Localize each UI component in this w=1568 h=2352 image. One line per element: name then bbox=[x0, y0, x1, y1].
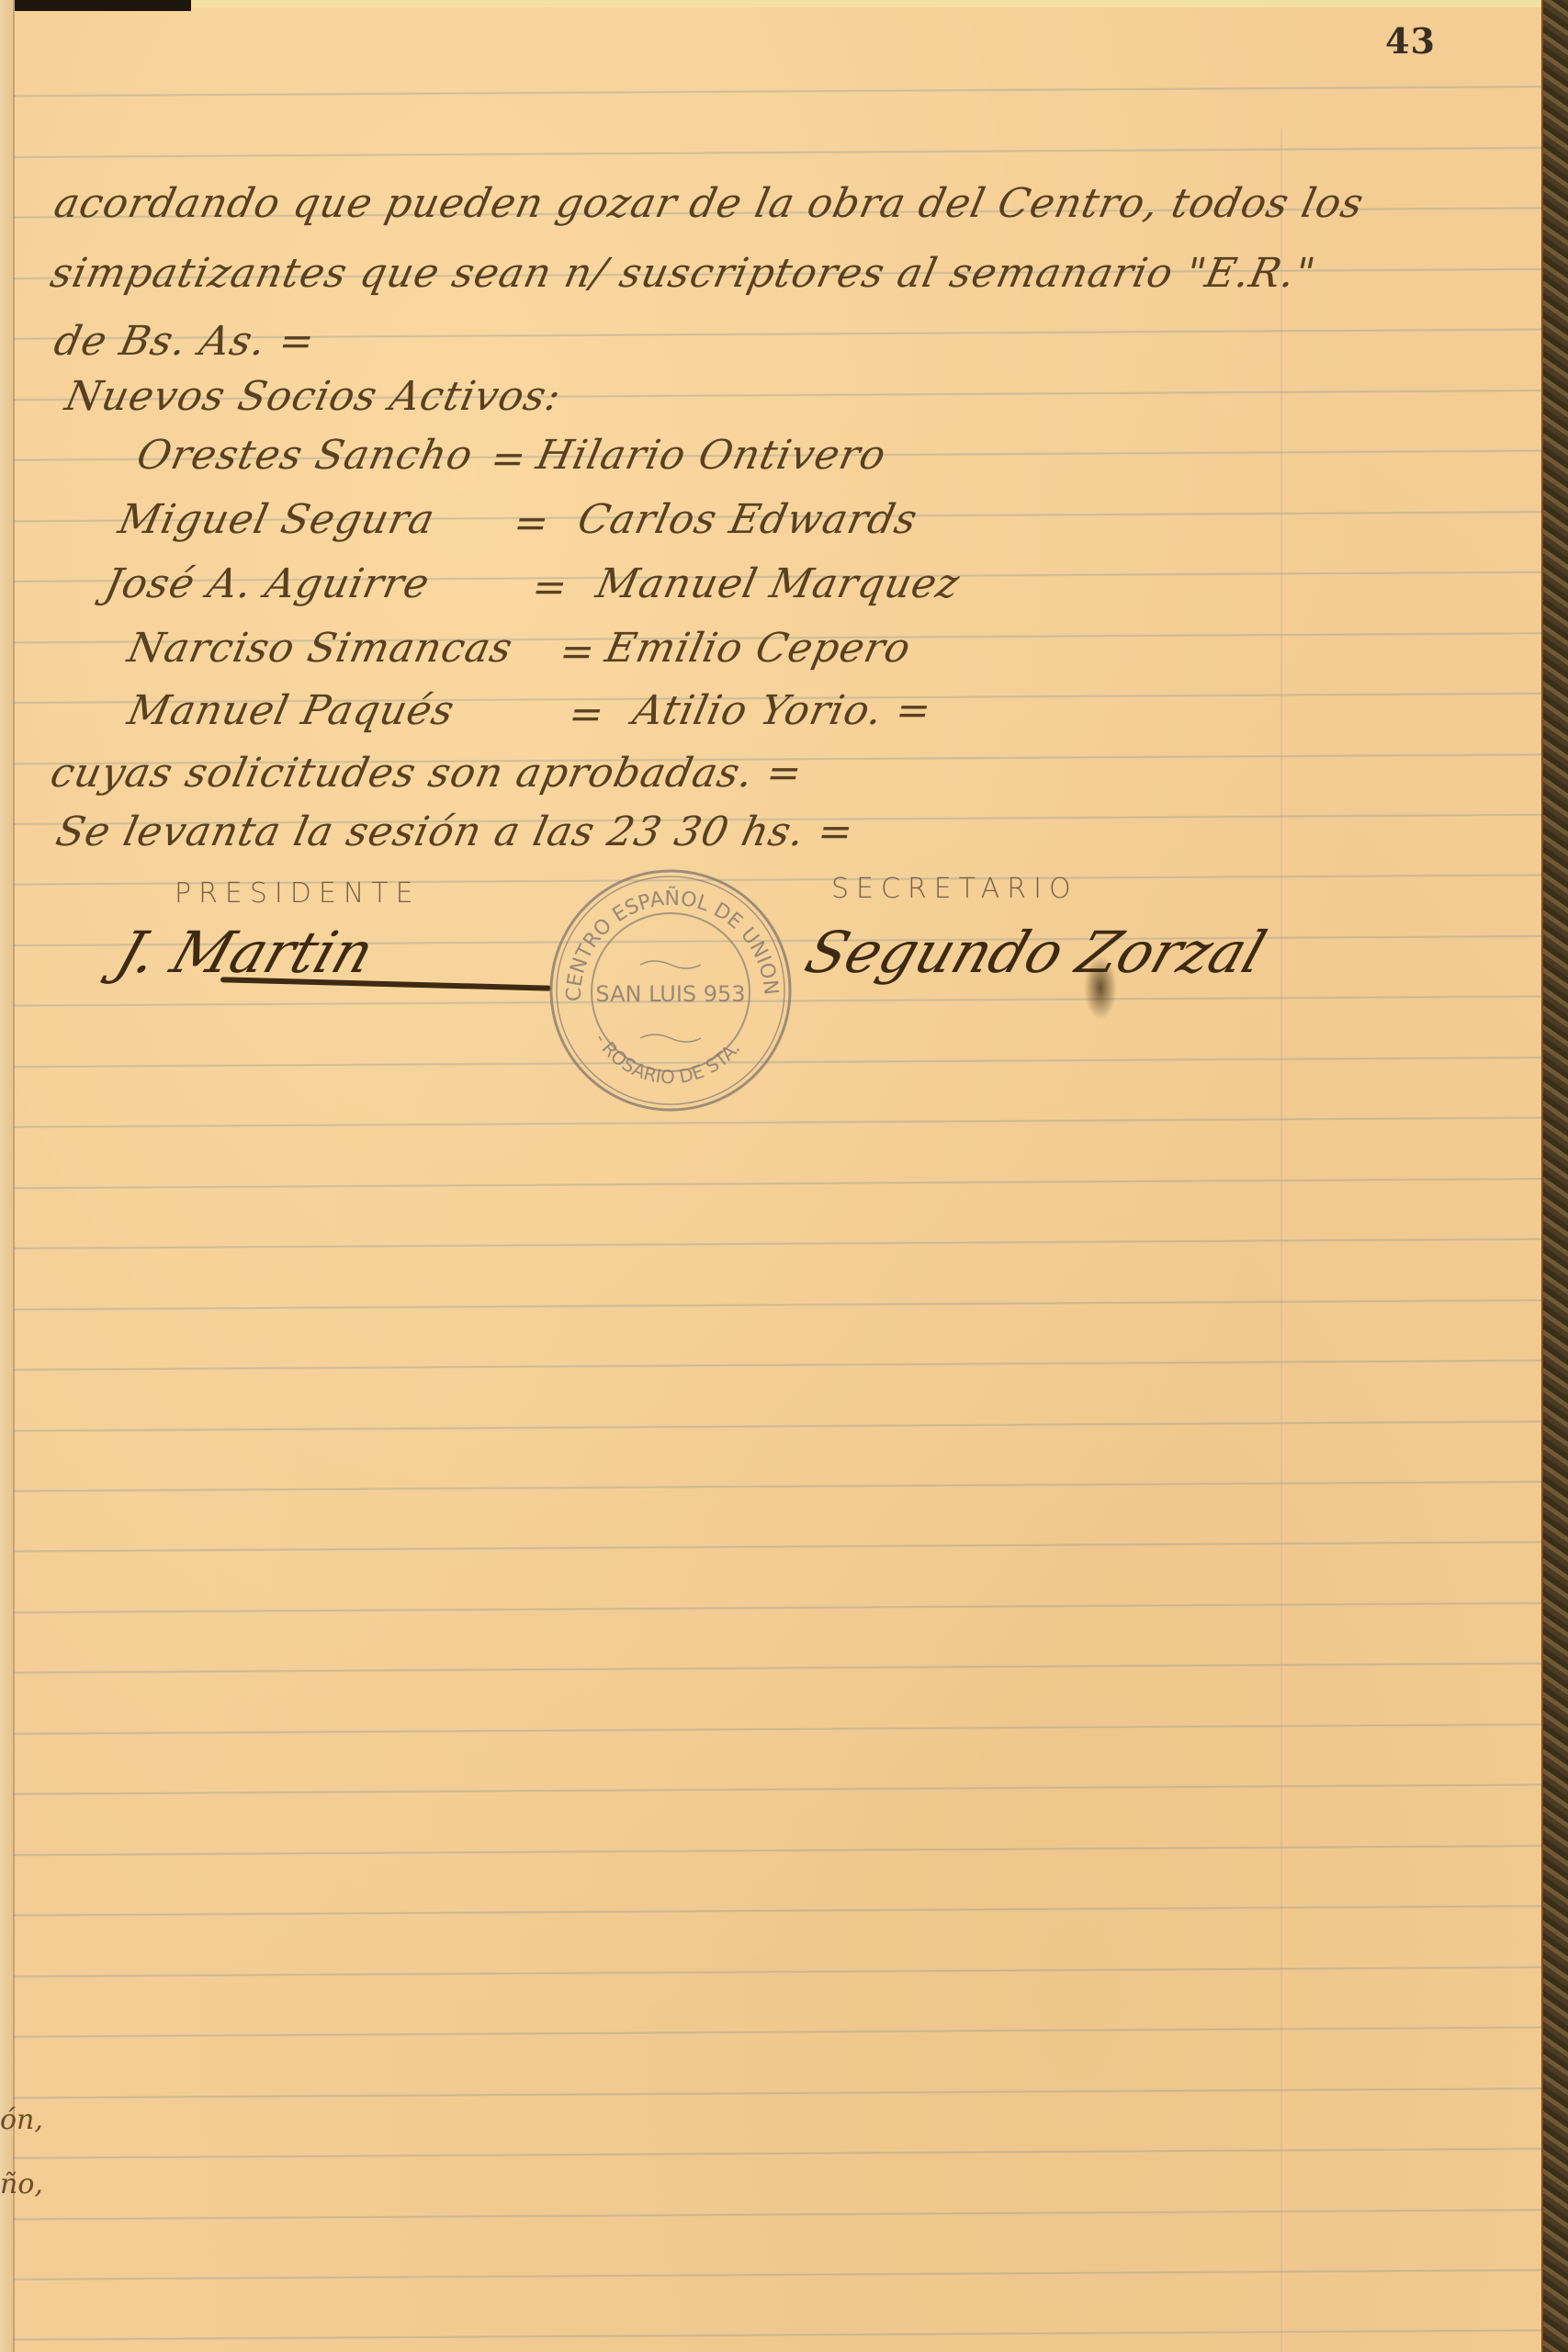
member-left-2: Miguel Segura bbox=[115, 496, 440, 543]
secretary-label: SECRETARIO bbox=[831, 873, 1078, 905]
secretary-signature: Segundo Zorzal bbox=[797, 919, 1274, 986]
svg-text:SAN LUIS 953: SAN LUIS 953 bbox=[595, 981, 745, 1007]
closing-line-2: Se levanta la sesión a las 23 30 hs. = bbox=[52, 808, 859, 855]
president-label: PRESIDENTE bbox=[175, 877, 421, 910]
member-left-3: José A. Aguirre bbox=[101, 560, 434, 607]
member-left-5: Manuel Paqués bbox=[124, 687, 459, 734]
body-line-1: acordando que pueden gozar de la obra de… bbox=[51, 180, 1369, 227]
ledger-page: 43 acordando que pueden gozar de la obra… bbox=[0, 0, 1543, 2352]
member-left-4: Narciso Simancas bbox=[124, 625, 517, 672]
member-left-1: Orestes Sancho bbox=[133, 432, 478, 479]
stamp-seal-icon: CENTRO ESPAÑOL DE UNION REPUBLICANA - RO… bbox=[544, 864, 797, 1117]
margin-line bbox=[1280, 129, 1282, 2352]
body-line-2: simpatizantes que sean n/ suscriptores a… bbox=[47, 250, 1320, 297]
member-right-2: Carlos Edwards bbox=[574, 496, 922, 543]
body-line-3: de Bs. As. = bbox=[51, 318, 320, 365]
ink-blot bbox=[1084, 955, 1117, 1020]
organization-stamp: CENTRO ESPAÑOL DE UNION REPUBLICANA - RO… bbox=[544, 864, 797, 1117]
left-page-fragment: ño, bbox=[0, 2168, 43, 2200]
member-right-1: Hilario Ontivero bbox=[533, 432, 891, 479]
member-right-4: Emilio Cepero bbox=[602, 625, 916, 672]
section-heading: Nuevos Socios Activos: bbox=[62, 373, 566, 420]
member-right-5: Atilio Yorio. = bbox=[629, 687, 937, 734]
left-page-fragment: ón, bbox=[0, 2104, 43, 2136]
book-cover-edge bbox=[1541, 0, 1568, 2352]
page-number: 43 bbox=[1385, 20, 1436, 62]
president-signature: J. Martin bbox=[108, 919, 382, 986]
member-right-3: Manuel Marquez bbox=[592, 560, 964, 607]
closing-line-1: cuyas solicitudes son aprobadas. = bbox=[47, 750, 807, 797]
